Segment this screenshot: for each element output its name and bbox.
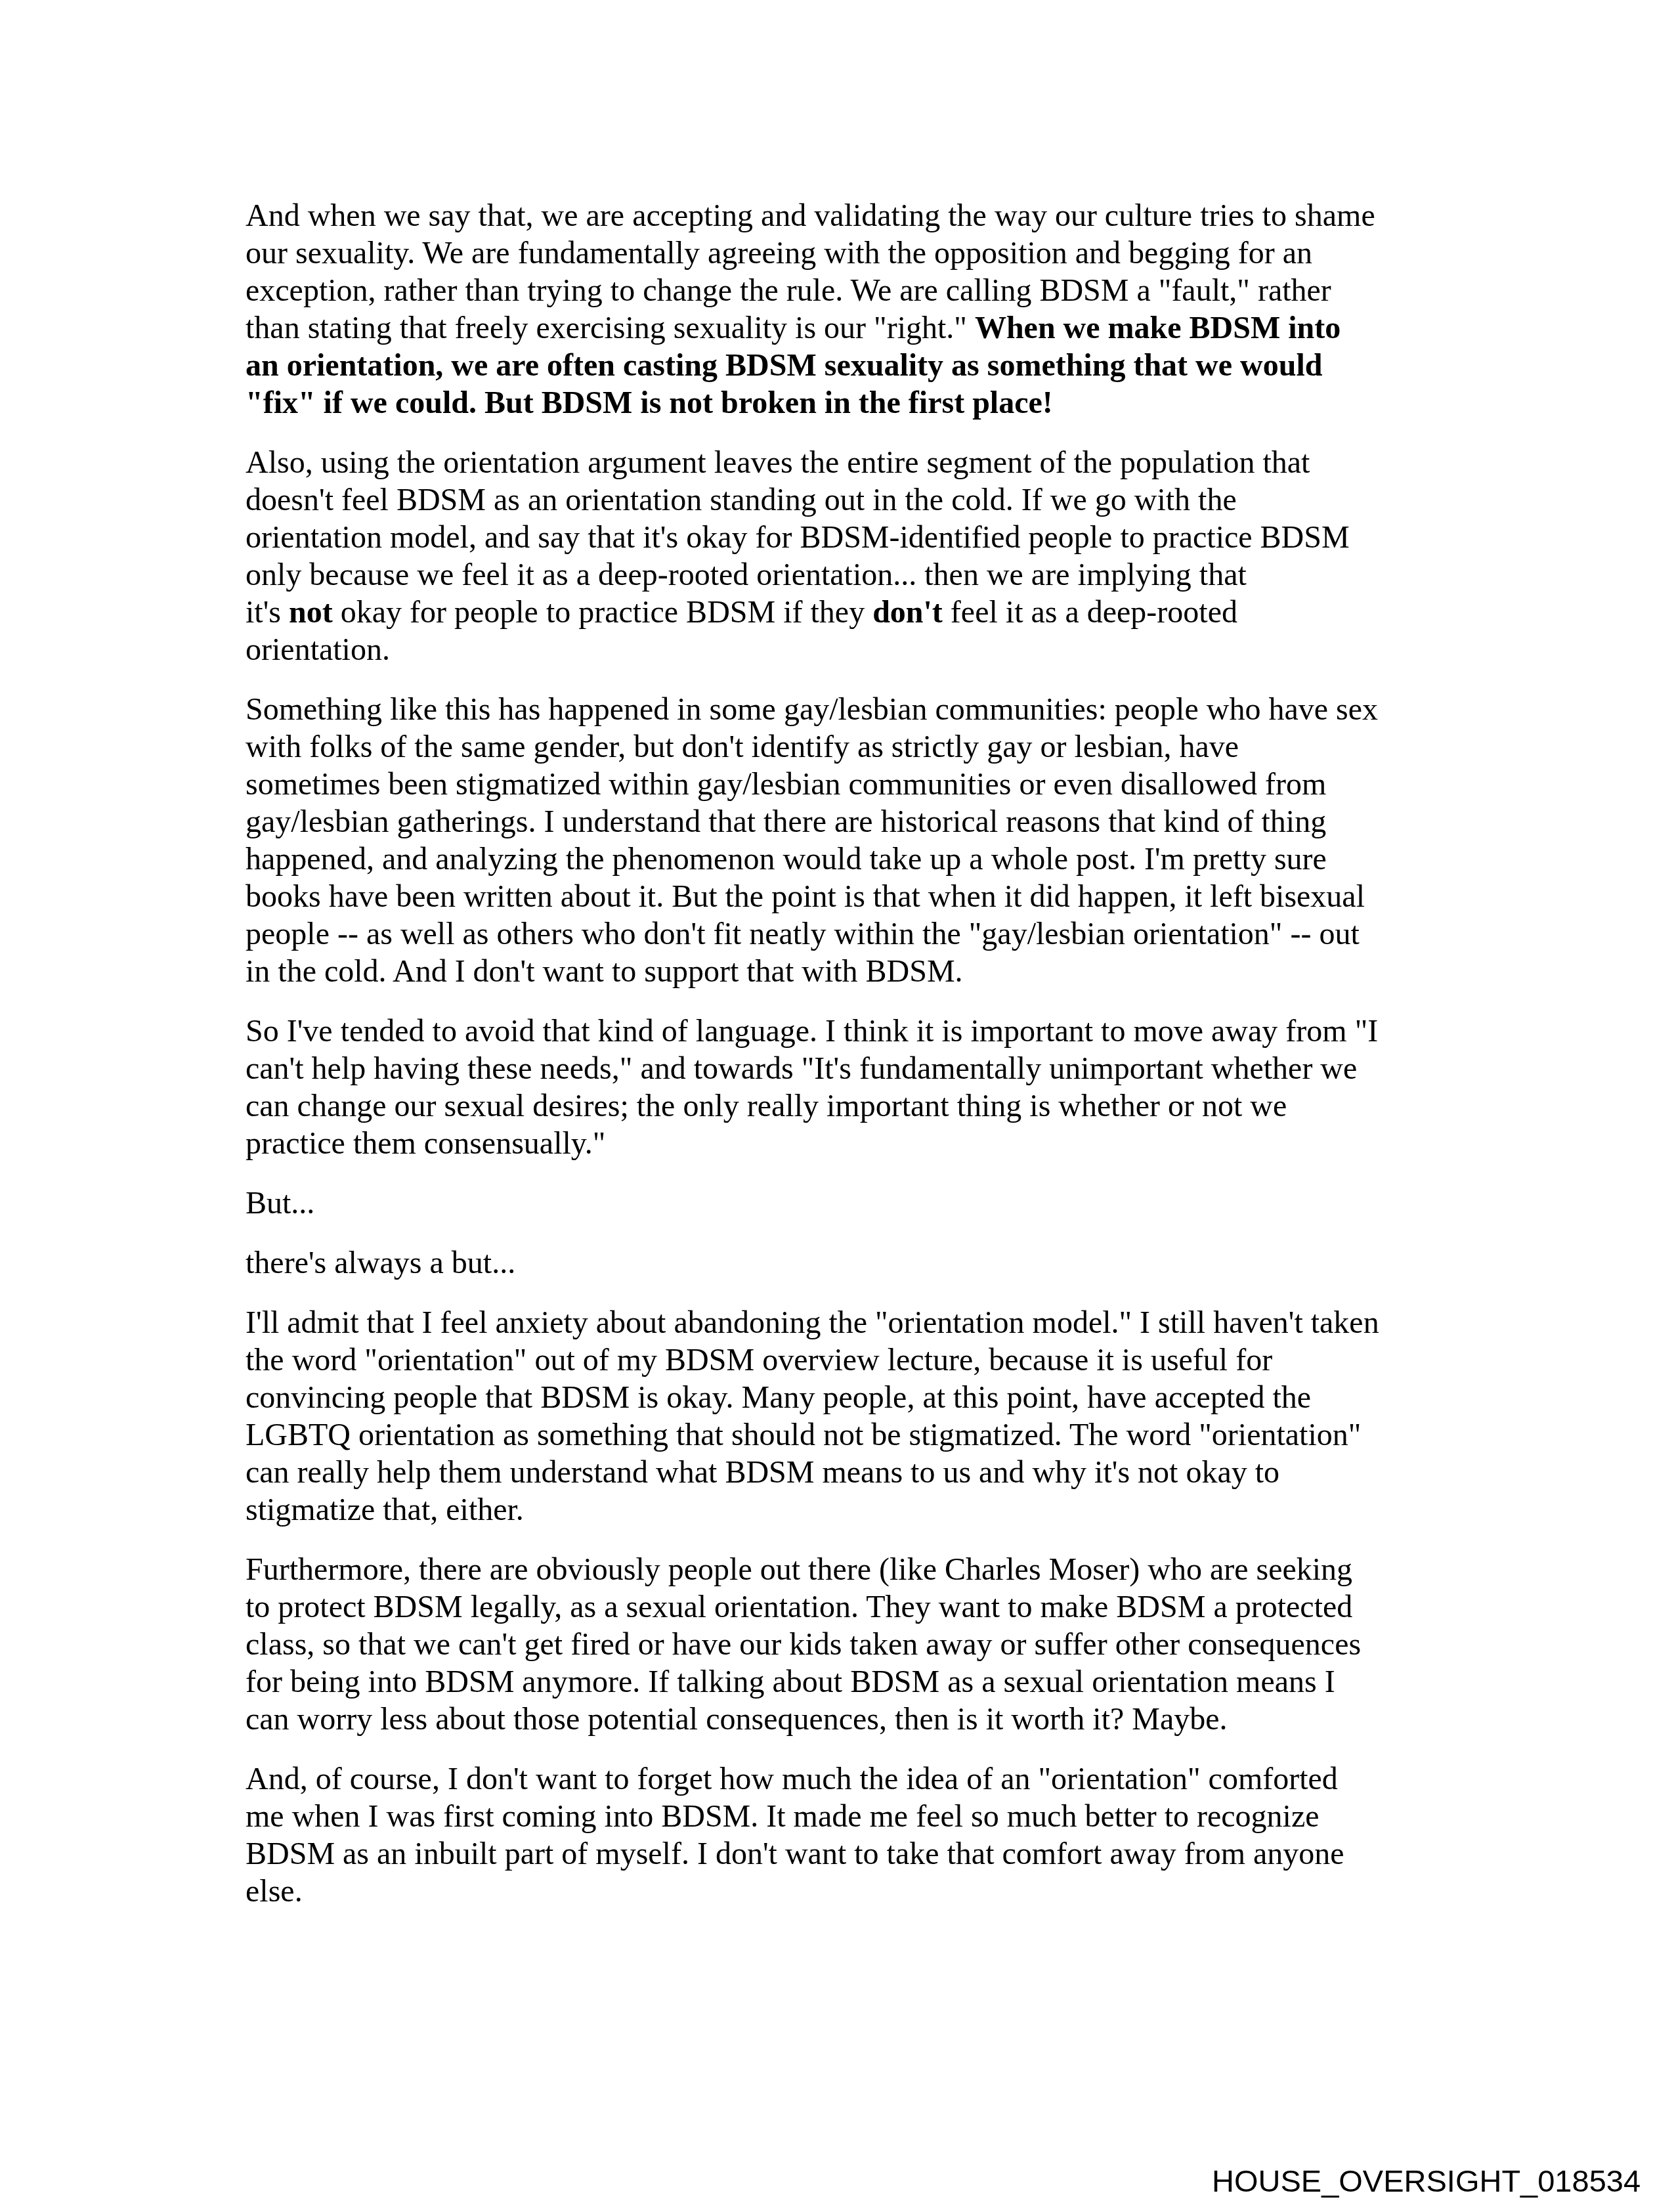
text-line: me when I was first coming into BDSM. It…	[246, 1798, 1453, 1835]
text-segment: it's	[246, 595, 289, 630]
text-line: the word "orientation" out of my BDSM ov…	[246, 1341, 1453, 1379]
text-line: BDSM as an inbuilt part of myself. I don…	[246, 1835, 1453, 1873]
paragraph: there's always a but...	[246, 1244, 1453, 1282]
text-line: can worry less about those potential con…	[246, 1701, 1453, 1738]
text-line: LGBTQ orientation as something that shou…	[246, 1416, 1453, 1454]
paragraph: So I've tended to avoid that kind of lan…	[246, 1012, 1453, 1162]
document-page: And when we say that, we are accepting a…	[0, 0, 1674, 2212]
text-segment: can't help having these needs," and towa…	[246, 1051, 1357, 1086]
text-segment: can worry less about those potential con…	[246, 1702, 1228, 1737]
text-segment: Something like this has happened in some…	[246, 692, 1378, 727]
text-segment: exception, rather than trying to change …	[246, 273, 1331, 308]
text-line: with folks of the same gender, but don't…	[246, 728, 1453, 766]
text-line: in the cold. And I don't want to support…	[246, 953, 1453, 990]
text-segment: LGBTQ orientation as something that shou…	[246, 1418, 1361, 1452]
bold-text-segment: don't	[872, 595, 943, 630]
text-segment: orientation model, and say that it's oka…	[246, 520, 1350, 555]
document-body: And when we say that, we are accepting a…	[246, 197, 1453, 1932]
paragraph: Furthermore, there are obviously people …	[246, 1551, 1453, 1738]
text-segment: our sexuality. We are fundamentally agre…	[246, 236, 1312, 271]
text-line: doesn't feel BDSM as an orientation stan…	[246, 481, 1453, 519]
text-segment: doesn't feel BDSM as an orientation stan…	[246, 483, 1237, 517]
text-line: Also, using the orientation argument lea…	[246, 444, 1453, 481]
text-segment: books have been written about it. But th…	[246, 879, 1365, 914]
text-segment: And when we say that, we are accepting a…	[246, 198, 1375, 233]
text-segment: in the cold. And I don't want to support…	[246, 954, 963, 989]
text-segment: okay for people to practice BDSM if they	[333, 595, 872, 630]
text-segment: there's always a but...	[246, 1246, 515, 1280]
bold-text-segment: "fix" if we could. But BDSM is not broke…	[246, 385, 1053, 420]
bates-stamp: HOUSE_OVERSIGHT_018534	[1212, 2163, 1641, 2200]
text-segment: But...	[246, 1186, 314, 1221]
bold-text-segment: an orientation, we are often casting BDS…	[246, 348, 1322, 383]
text-line: people -- as well as others who don't fi…	[246, 915, 1453, 953]
text-line: practice them consensually."	[246, 1125, 1453, 1162]
bold-text-segment: When we make BDSM into	[975, 311, 1341, 345]
text-segment: can change our sexual desires; the only …	[246, 1089, 1287, 1123]
text-line: And when we say that, we are accepting a…	[246, 197, 1453, 234]
text-line: can change our sexual desires; the only …	[246, 1087, 1453, 1125]
text-segment: for being into BDSM anymore. If talking …	[246, 1664, 1335, 1699]
text-segment: And, of course, I don't want to forget h…	[246, 1762, 1338, 1796]
paragraph: Also, using the orientation argument lea…	[246, 444, 1453, 668]
text-segment: me when I was first coming into BDSM. It…	[246, 1799, 1320, 1834]
text-line: stigmatize that, either.	[246, 1491, 1453, 1529]
text-line: I'll admit that I feel anxiety about aba…	[246, 1304, 1453, 1341]
text-line: there's always a but...	[246, 1244, 1453, 1282]
text-segment: BDSM as an inbuilt part of myself. I don…	[246, 1836, 1344, 1871]
text-line: happened, and analyzing the phenomenon w…	[246, 840, 1453, 878]
text-segment: practice them consensually."	[246, 1126, 605, 1161]
text-segment: with folks of the same gender, but don't…	[246, 729, 1239, 764]
text-line: our sexuality. We are fundamentally agre…	[246, 234, 1453, 272]
text-segment: else.	[246, 1874, 303, 1909]
text-segment: only because we feel it as a deep-rooted…	[246, 557, 1247, 592]
text-line: only because we feel it as a deep-rooted…	[246, 556, 1453, 594]
text-line: class, so that we can't get fired or hav…	[246, 1626, 1453, 1663]
text-segment: Furthermore, there are obviously people …	[246, 1552, 1352, 1587]
text-segment: orientation.	[246, 632, 390, 667]
text-line: So I've tended to avoid that kind of lan…	[246, 1012, 1453, 1050]
text-segment: to protect BDSM legally, as a sexual ori…	[246, 1590, 1352, 1624]
bold-text-segment: not	[289, 595, 333, 630]
text-segment: gay/lesbian gatherings. I understand tha…	[246, 804, 1326, 839]
text-segment: the word "orientation" out of my BDSM ov…	[246, 1343, 1272, 1377]
text-line: books have been written about it. But th…	[246, 878, 1453, 915]
text-segment: feel it as a deep-rooted	[943, 595, 1237, 630]
text-segment: stigmatize that, either.	[246, 1492, 524, 1527]
paragraph: Something like this has happened in some…	[246, 691, 1453, 990]
text-segment: I'll admit that I feel anxiety about aba…	[246, 1305, 1379, 1340]
text-segment: convincing people that BDSM is okay. Man…	[246, 1380, 1311, 1415]
text-line: it's not okay for people to practice BDS…	[246, 594, 1453, 631]
text-segment: So I've tended to avoid that kind of lan…	[246, 1014, 1378, 1049]
paragraph: And when we say that, we are accepting a…	[246, 197, 1453, 422]
text-line: Something like this has happened in some…	[246, 691, 1453, 728]
text-line: orientation model, and say that it's oka…	[246, 519, 1453, 556]
text-line: else.	[246, 1873, 1453, 1910]
text-line: can really help them understand what BDS…	[246, 1454, 1453, 1491]
paragraph: And, of course, I don't want to forget h…	[246, 1760, 1453, 1910]
text-line: can't help having these needs," and towa…	[246, 1050, 1453, 1087]
text-line: orientation.	[246, 631, 1453, 668]
text-line: for being into BDSM anymore. If talking …	[246, 1663, 1453, 1701]
text-line: But...	[246, 1184, 1453, 1222]
text-line: And, of course, I don't want to forget h…	[246, 1760, 1453, 1798]
text-line: gay/lesbian gatherings. I understand tha…	[246, 803, 1453, 840]
text-segment: can really help them understand what BDS…	[246, 1455, 1279, 1490]
text-segment: class, so that we can't get fired or hav…	[246, 1627, 1361, 1662]
text-segment: sometimes been stigmatized within gay/le…	[246, 767, 1326, 802]
text-line: exception, rather than trying to change …	[246, 272, 1453, 309]
text-line: convincing people that BDSM is okay. Man…	[246, 1379, 1453, 1416]
text-segment: happened, and analyzing the phenomenon w…	[246, 842, 1327, 877]
paragraph: I'll admit that I feel anxiety about aba…	[246, 1304, 1453, 1529]
text-line: sometimes been stigmatized within gay/le…	[246, 766, 1453, 803]
text-line: than stating that freely exercising sexu…	[246, 309, 1453, 347]
text-line: "fix" if we could. But BDSM is not broke…	[246, 384, 1453, 422]
text-segment: than stating that freely exercising sexu…	[246, 311, 975, 345]
text-line: Furthermore, there are obviously people …	[246, 1551, 1453, 1588]
text-line: an orientation, we are often casting BDS…	[246, 347, 1453, 384]
paragraph: But...	[246, 1184, 1453, 1222]
text-segment: Also, using the orientation argument lea…	[246, 445, 1310, 480]
text-segment: people -- as well as others who don't fi…	[246, 917, 1360, 951]
text-line: to protect BDSM legally, as a sexual ori…	[246, 1588, 1453, 1626]
